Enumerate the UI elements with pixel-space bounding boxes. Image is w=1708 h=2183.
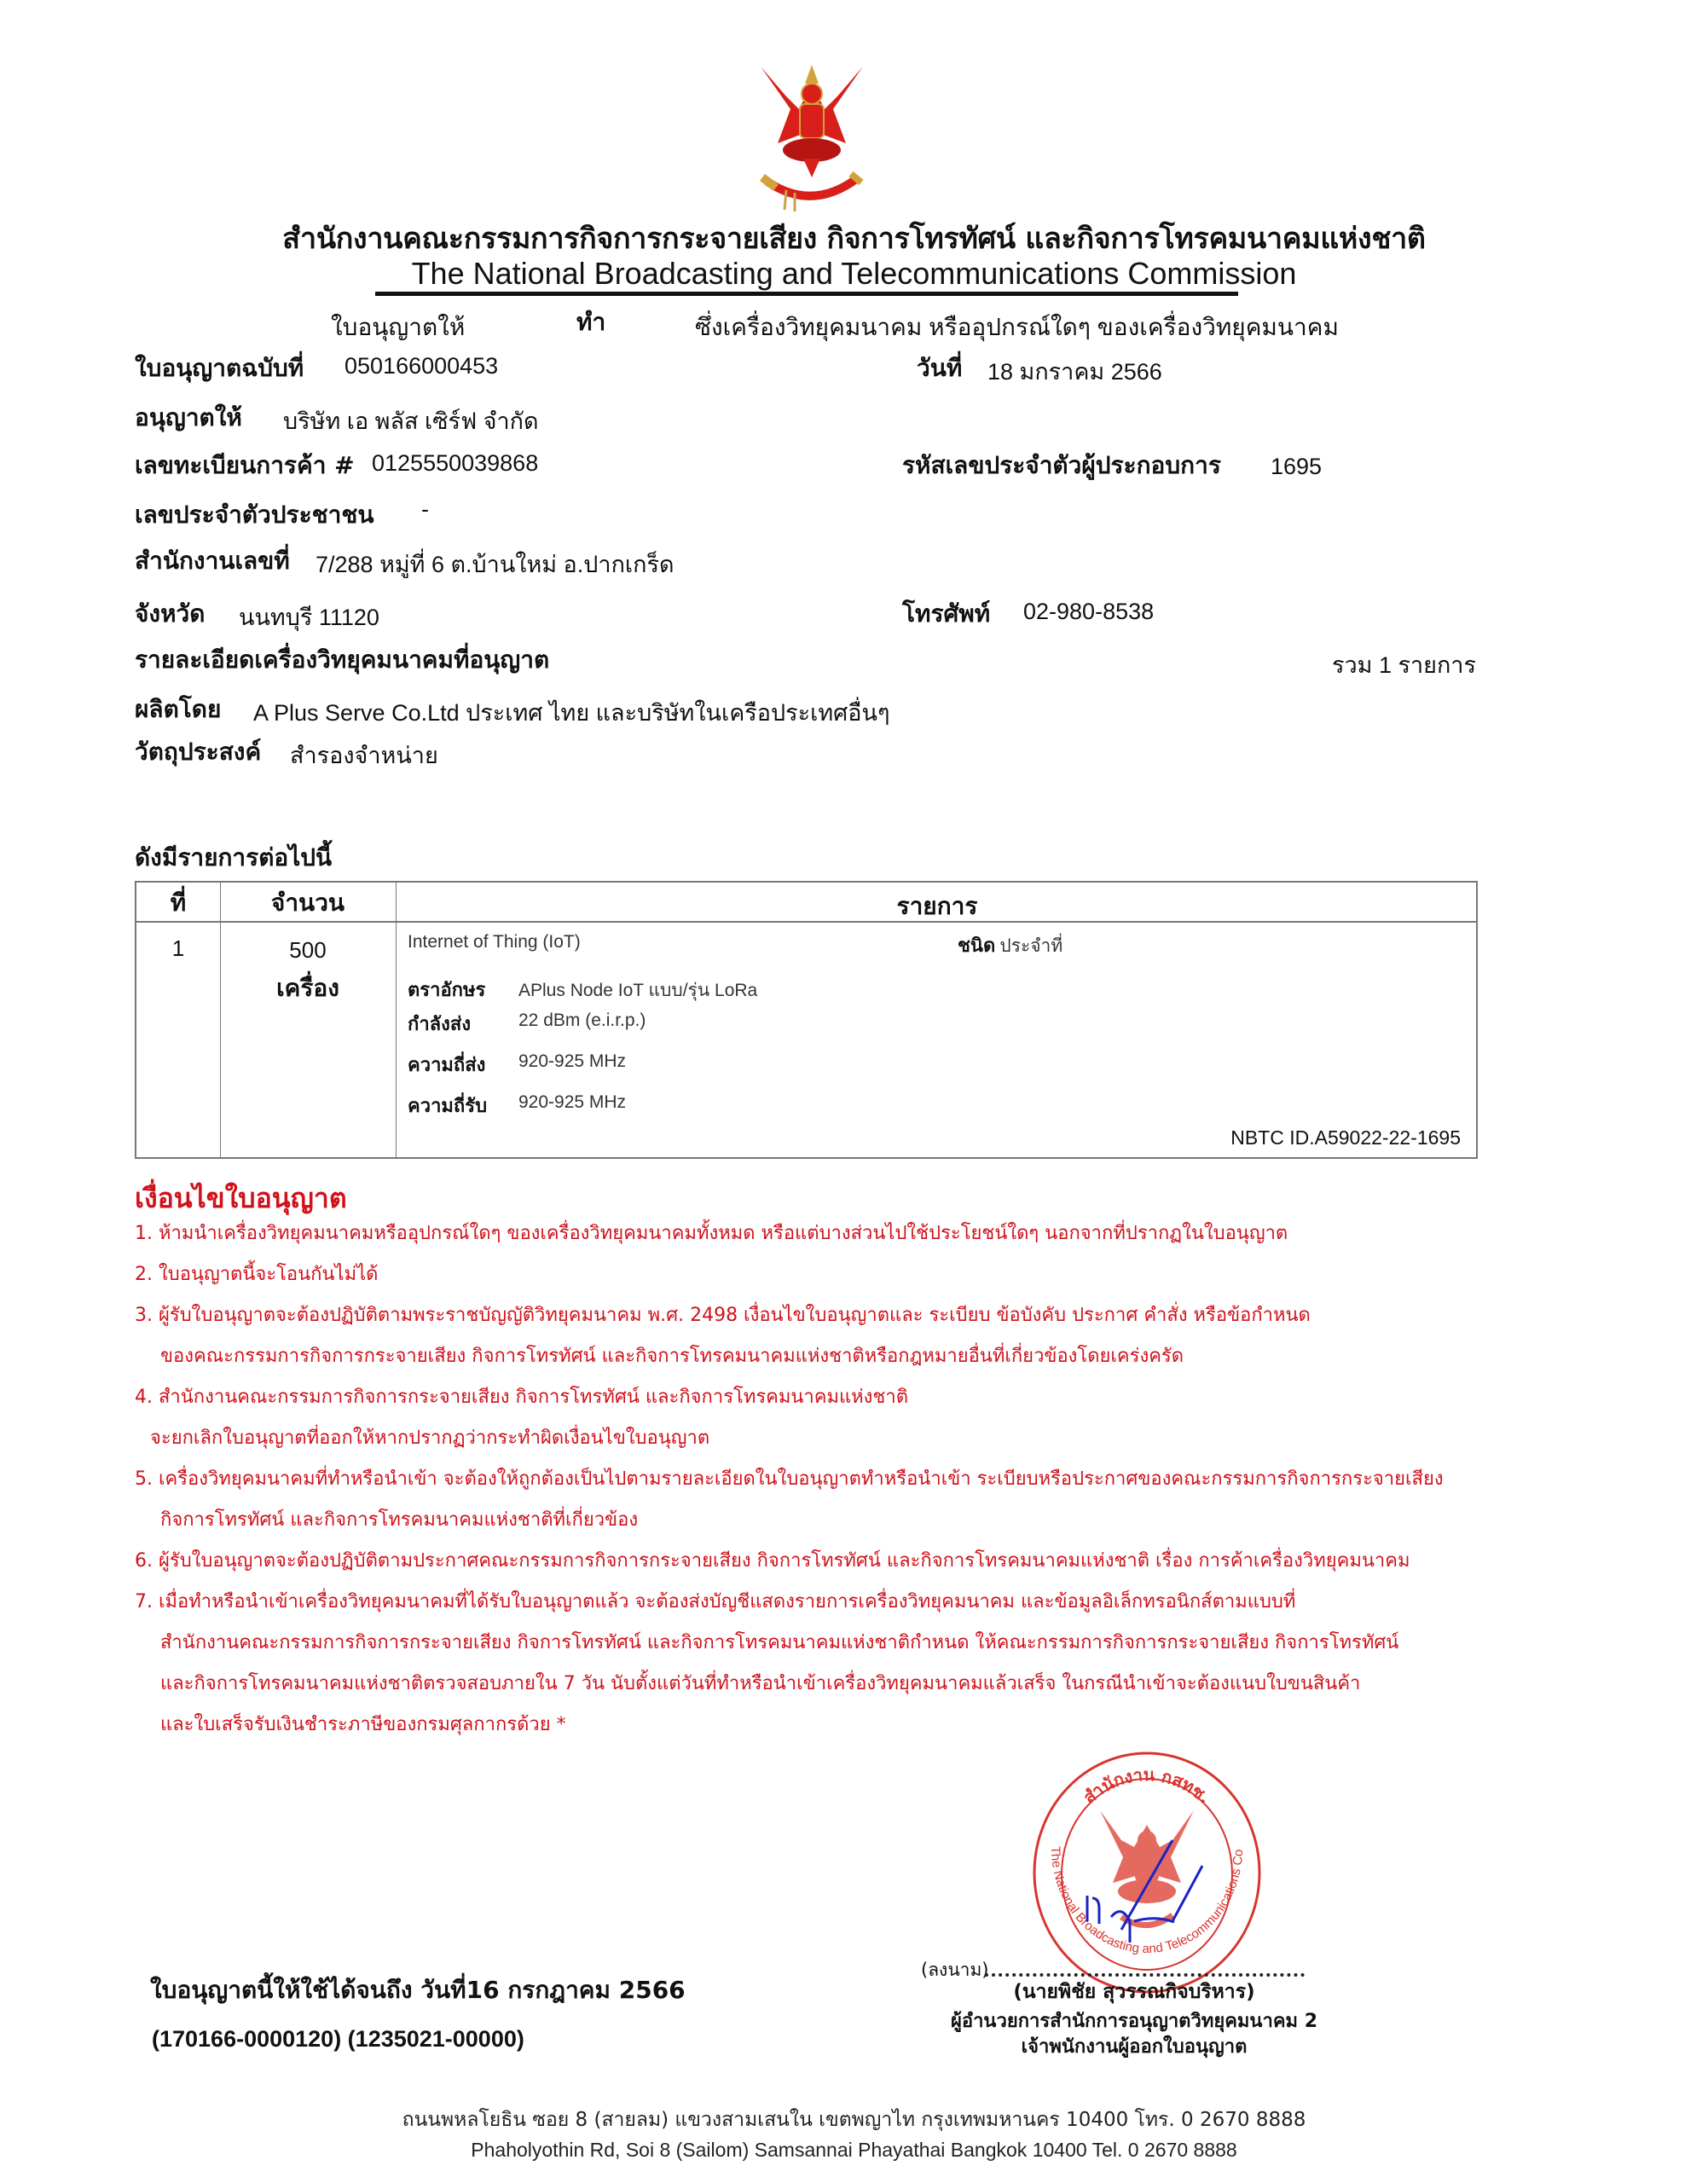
objective-label: วัตถุประสงค์ — [135, 733, 261, 771]
footer-address-thai: ถนนพหลโยธิน ซอย 8 (สายลม) แขวงสามเสนใน เ… — [0, 2105, 1708, 2135]
rx-frequency-value: 920-925 MHz — [518, 1092, 626, 1113]
svg-text:สำนักงาน กสทช.: สำนักงาน กสทช. — [1080, 1764, 1215, 1808]
row-number: 1 — [136, 935, 220, 962]
licensee-value: บริษัท เอ พลัส เซิร์ฟ จำกัด — [283, 402, 539, 439]
office-address-value: 7/288 หมู่ที่ 6 ต.บ้านใหม่ อ.ปากเกร็ด — [316, 546, 675, 582]
validity-text: ใบอนุญาตนี้ให้ใช้ได้จนถึง วันที่16 กรกฎา… — [150, 1972, 686, 2009]
signatory-role: เจ้าพนักงานผู้ออกใบอนุญาต — [904, 2031, 1364, 2061]
license-purpose-text: ซึ่งเครื่องวิทยุคมนาคม หรืออุปกรณ์ใดๆ ขอ… — [695, 309, 1339, 346]
objective-value: สำรองจำหน่าย — [290, 737, 438, 773]
condition-item-continued: กิจการโทรทัศน์ และกิจการโทรคมนาคมแห่งชาต… — [160, 1504, 638, 1534]
operator-id-label: รหัสเลขประจำตัวผู้ประกอบการ — [902, 447, 1221, 484]
item-name: Internet of Thing (IoT) — [408, 932, 581, 953]
column-header-quantity: จำนวน — [220, 884, 396, 922]
brand-label: ตราอักษร — [408, 975, 485, 1005]
items-table: ที่ จำนวน รายการ 1 500 เครื่อง Internet … — [135, 881, 1478, 1159]
column-header-items: รายการ — [396, 888, 1479, 925]
row-unit: เครื่อง — [220, 970, 396, 1007]
type-value: ประจำที่ — [999, 936, 1062, 956]
province-value: นนทบุรี 11120 — [239, 599, 379, 635]
condition-item: 1. ห้ามนำเครื่องวิทยุคมนาคมหรืออุปกรณ์ใด… — [135, 1218, 1288, 1248]
brand-value: APlus Node IoT แบบ/รุ่น LoRa — [518, 976, 757, 1005]
citizen-id-value: - — [421, 496, 429, 523]
condition-item-continued: ของคณะกรรมการกิจการกระจายเสียง กิจการโทร… — [160, 1340, 1184, 1370]
power-value: 22 dBm (e.i.r.p.) — [518, 1010, 646, 1031]
office-address-label: สำนักงานเลขที่ — [135, 542, 290, 580]
stamp-top-text: สำนักงาน กสทช. — [1080, 1764, 1215, 1808]
official-stamp: สำนักงาน กสทช. Office of The National Br… — [1028, 1746, 1266, 1994]
manufacturer-value: A Plus Serve Co.Ltd ประเทศ ไทย และบริษัท… — [253, 694, 889, 731]
power-label: กำลังส่ง — [408, 1009, 471, 1039]
issue-date-value: 18 มกราคม 2566 — [987, 353, 1162, 390]
reference-codes: (170166-0000120) (1235021-00000) — [152, 2026, 524, 2053]
license-intro-label: ใบอนุญาตให้ — [331, 309, 465, 346]
province-label: จังหวัด — [135, 595, 205, 633]
issue-date-label: วันที่ — [917, 350, 962, 387]
trade-registration-label: เลขทะเบียนการค้า # — [135, 447, 355, 484]
license-action-label: ทำ — [576, 304, 605, 341]
phone-label: โทรศัพท์ — [902, 595, 990, 633]
table-intro: ดังมีรายการต่อไปนี้ — [135, 839, 332, 877]
nbtc-id: NBTC ID.A59022-22-1695 — [1230, 1126, 1461, 1149]
type-label: ชนิด — [958, 935, 995, 957]
condition-item: 6. ผู้รับใบอนุญาตจะต้องปฏิบัติตามประกาศค… — [135, 1545, 1410, 1575]
garuda-emblem-icon — [744, 49, 880, 211]
total-items-text: รวม 1 รายการ — [1332, 646, 1476, 683]
conditions-title: เงื่อนไขใบอนุญาต — [135, 1177, 347, 1220]
rx-frequency-label: ความถี่รับ — [408, 1091, 487, 1120]
manufacturer-label: ผลิตโดย — [135, 691, 221, 728]
condition-item: 5. เครื่องวิทยุคมนาคมที่ทำหรือนำเข้า จะต… — [135, 1463, 1444, 1493]
title-divider — [375, 292, 1238, 296]
condition-item: 4. สำนักงานคณะกรรมการกิจการกระจายเสียง ก… — [135, 1381, 908, 1411]
column-header-number: ที่ — [136, 884, 220, 922]
trade-registration-value: 0125550039868 — [372, 450, 538, 477]
operator-id-value: 1695 — [1271, 454, 1322, 480]
agency-title-english: The National Broadcasting and Telecommun… — [0, 256, 1708, 292]
tx-frequency-label: ความถี่ส่ง — [408, 1050, 485, 1080]
phone-value: 02-980-8538 — [1023, 599, 1154, 625]
equipment-details-label: รายละเอียดเครื่องวิทยุคมนาคมที่อนุญาต — [135, 641, 549, 679]
licensee-label: อนุญาตให้ — [135, 399, 242, 437]
agency-title-thai: สำนักงานคณะกรรมการกิจการกระจายเสียง กิจก… — [0, 215, 1708, 261]
license-number-label: ใบอนุญาตฉบับที่ — [135, 350, 304, 387]
tx-frequency-value: 920-925 MHz — [518, 1051, 626, 1072]
signatory-name: (นายพิชัย สุวรรณกิจบริหาร) — [904, 1977, 1364, 2007]
condition-item: 3. ผู้รับใบอนุญาตจะต้องปฏิบัติตามพระราชบ… — [135, 1300, 1311, 1329]
condition-item: 7. เมื่อทำหรือนำเข้าเครื่องวิทยุคมนาคมที… — [135, 1586, 1295, 1616]
condition-item-continued: และกิจการโทรคมนาคมแห่งชาติตรวจสอบภายใน 7… — [160, 1668, 1360, 1698]
condition-item-continued: จะยกเลิกใบอนุญาตที่ออกให้หากปรากฏว่ากระท… — [150, 1422, 709, 1452]
condition-item: 2. ใบอนุญาตนี้จะโอนกันไม่ได้ — [135, 1259, 378, 1288]
citizen-id-label: เลขประจำตัวประชาชน — [135, 496, 373, 534]
condition-item-continued: และใบเสร็จรับเงินชำระภาษีของกรมศุลกากรด้… — [160, 1709, 566, 1739]
condition-item-continued: สำนักงานคณะกรรมการกิจการกระจายเสียง กิจก… — [160, 1627, 1398, 1657]
license-number-value: 050166000453 — [344, 353, 498, 379]
footer-address-english: Phaholyothin Rd, Soi 8 (Sailom) Samsanna… — [0, 2139, 1708, 2162]
row-quantity: 500 — [220, 937, 396, 964]
